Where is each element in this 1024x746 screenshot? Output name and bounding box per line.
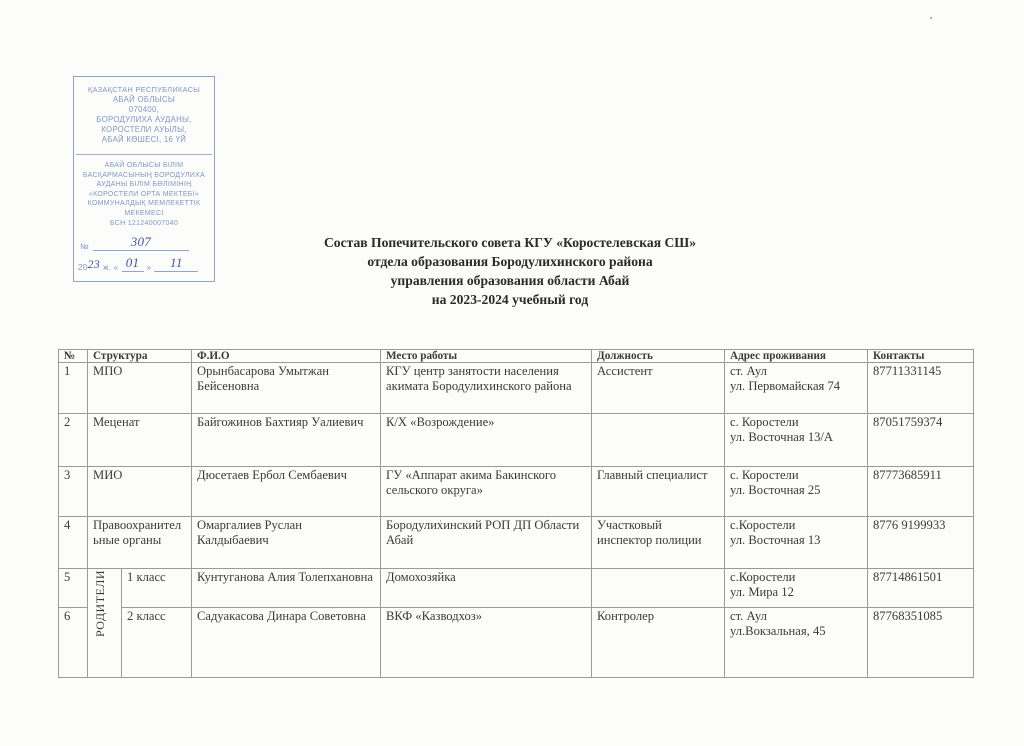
cell-full-name: Орынбасарова Умытжан Бейсеновна [192, 363, 381, 414]
header-address: Адрес проживания [725, 350, 868, 363]
cell-number: 5 [59, 569, 88, 608]
document-title: Состав Попечительского совета КГУ «Корос… [250, 233, 770, 309]
header-workplace: Место работы [381, 350, 592, 363]
cell-full-name: Кунтуганова Алия Толепхановна [192, 569, 381, 608]
cell-structure: Правоохранительные органы [88, 517, 192, 569]
stamp-line: «КОРОСТЕЛИ ОРТА МЕКТЕБІ» [74, 190, 214, 200]
cell-workplace: К/Х «Возрождение» [381, 414, 592, 467]
cell-workplace: КГУ центр занятости населения акимата Бо… [381, 363, 592, 414]
board-members-table: № Структура Ф.И.О Место работы Должность… [58, 349, 974, 678]
cell-position [592, 569, 725, 608]
cell-address: с.Коростели ул. Мира 12 [725, 569, 868, 608]
table-row: 2МеценатБайгожинов Бахтияр УалиевичК/Х «… [59, 414, 974, 467]
cell-number: 6 [59, 608, 88, 678]
cell-full-name: Садуакасова Динара Советовна [192, 608, 381, 678]
table-header-row: № Структура Ф.И.О Место работы Должность… [59, 350, 974, 363]
stamp-line: 070400, [74, 105, 214, 115]
stamp-line: ҚАЗАҚСТАН РЕСПУБЛИКАСЫ [74, 85, 214, 95]
title-line: отдела образования Бородулихинского райо… [250, 252, 770, 271]
handwritten-day: 01 [126, 255, 140, 270]
number-label: № [80, 242, 89, 251]
cell-address: ст. Аул ул.Вокзальная, 45 [725, 608, 868, 678]
table-row: 4Правоохранительные органыОмаргалиев Рус… [59, 517, 974, 569]
stamp-address-block: ҚАЗАҚСТАН РЕСПУБЛИКАСЫ АБАЙ ОБЛЫСЫ 07040… [74, 77, 214, 145]
stamp-line: БСН 121240007040 [74, 219, 214, 229]
cell-contact: 8776 9199933 [868, 517, 974, 569]
title-line: управления образования области Абай [250, 271, 770, 290]
day-field: 01 [122, 255, 144, 272]
cell-position [592, 414, 725, 467]
cell-contact: 87714861501 [868, 569, 974, 608]
header-full-name: Ф.И.О [192, 350, 381, 363]
stamp-registration-number: № 307 [74, 234, 214, 251]
cell-address: ст. Аул ул. Первомайская 74 [725, 363, 868, 414]
cell-structure: Меценат [88, 414, 192, 467]
header-contacts: Контакты [868, 350, 974, 363]
stamp-date: 20 23 ж. « 01 » 11 [74, 255, 214, 272]
cell-position: Главный специалист [592, 467, 725, 517]
stamp-line: АУДАНЫ БІЛІМ БӨЛІМІНІҢ [74, 180, 214, 190]
cell-position: Ассистент [592, 363, 725, 414]
cell-contact: 87773685911 [868, 467, 974, 517]
title-line: Состав Попечительского совета КГУ «Корос… [250, 233, 770, 252]
cell-workplace: ВКФ «Казводхоз» [381, 608, 592, 678]
cell-number: 1 [59, 363, 88, 414]
number-field: 307 [93, 234, 189, 251]
cell-number: 4 [59, 517, 88, 569]
cell-address: с. Коростели ул. Восточная 13/А [725, 414, 868, 467]
cell-workplace: ГУ «Аппарат акима Бакинского сельского о… [381, 467, 592, 517]
official-stamp: ҚАЗАҚСТАН РЕСПУБЛИКАСЫ АБАЙ ОБЛЫСЫ 07040… [73, 76, 215, 282]
stamp-line: АБАЙ КӨШЕСІ, 16 ҮЙ [74, 135, 214, 145]
cell-number: 2 [59, 414, 88, 467]
stamp-line: АБАЙ ОБЛЫСЫ БІЛІМ [74, 161, 214, 171]
cell-structure: МПО [88, 363, 192, 414]
handwritten-month: 11 [170, 255, 183, 270]
stamp-line: АБАЙ ОБЛЫСЫ [74, 95, 214, 105]
scan-speck [930, 17, 932, 19]
cell-address: с.Коростели ул. Восточная 13 [725, 517, 868, 569]
stamp-line: КОРОСТЕЛИ АУЫЛЫ, [74, 125, 214, 135]
cell-full-name: Омаргалиев Руслан Калдыбаевич [192, 517, 381, 569]
table-row: 5РОДИТЕЛИ1 классКунтуганова Алия Толепха… [59, 569, 974, 608]
cell-full-name: Дюсетаев Ербол Сембаевич [192, 467, 381, 517]
stamp-line: БАСҚАРМАСЫНЫҢ БОРОДУЛИХА [74, 171, 214, 181]
group-parents: РОДИТЕЛИ [88, 569, 122, 678]
cell-structure: 2 класс [122, 608, 192, 678]
handwritten-number: 307 [131, 234, 151, 249]
stamp-line: МЕКЕМЕСІ [74, 209, 214, 219]
stamp-line: БОРОДУЛИХА АУДАНЫ, [74, 115, 214, 125]
table-row: 3МИОДюсетаев Ербол СембаевичГУ «Аппарат … [59, 467, 974, 517]
date-separator: ж. « [103, 263, 118, 272]
cell-contact: 87051759374 [868, 414, 974, 467]
month-field: 11 [154, 255, 198, 272]
cell-full-name: Байгожинов Бахтияр Уалиевич [192, 414, 381, 467]
date-separator: » [147, 263, 152, 272]
cell-number: 3 [59, 467, 88, 517]
table-row: 1МПООрынбасарова Умытжан БейсеновнаКГУ ц… [59, 363, 974, 414]
cell-structure: 1 класс [122, 569, 192, 608]
header-position: Должность [592, 350, 725, 363]
stamp-divider [76, 154, 212, 155]
table-row: 62 классСадуакасова Динара СоветовнаВКФ … [59, 608, 974, 678]
cell-contact: 87711331145 [868, 363, 974, 414]
stamp-organization-block: АБАЙ ОБЛЫСЫ БІЛІМ БАСҚАРМАСЫНЫҢ БОРОДУЛИ… [74, 161, 214, 228]
title-line: на 2023-2024 учебный год [250, 290, 770, 309]
cell-contact: 87768351085 [868, 608, 974, 678]
group-label: РОДИТЕЛИ [93, 570, 108, 637]
date-prefix: 20 [78, 263, 88, 272]
scan-speck [440, 520, 441, 522]
handwritten-year: 23 [88, 257, 101, 272]
cell-workplace: Бородулихинский РОП ДП Области Абай [381, 517, 592, 569]
cell-workplace: Домохозяйка [381, 569, 592, 608]
cell-address: с. Коростели ул. Восточная 25 [725, 467, 868, 517]
cell-position: Участковый инспектор полиции [592, 517, 725, 569]
stamp-line: КОММУНАЛДЫҚ МЕМЛЕКЕТТІК [74, 199, 214, 209]
header-number: № [59, 350, 88, 363]
cell-structure: МИО [88, 467, 192, 517]
cell-position: Контролер [592, 608, 725, 678]
header-structure: Структура [88, 350, 192, 363]
